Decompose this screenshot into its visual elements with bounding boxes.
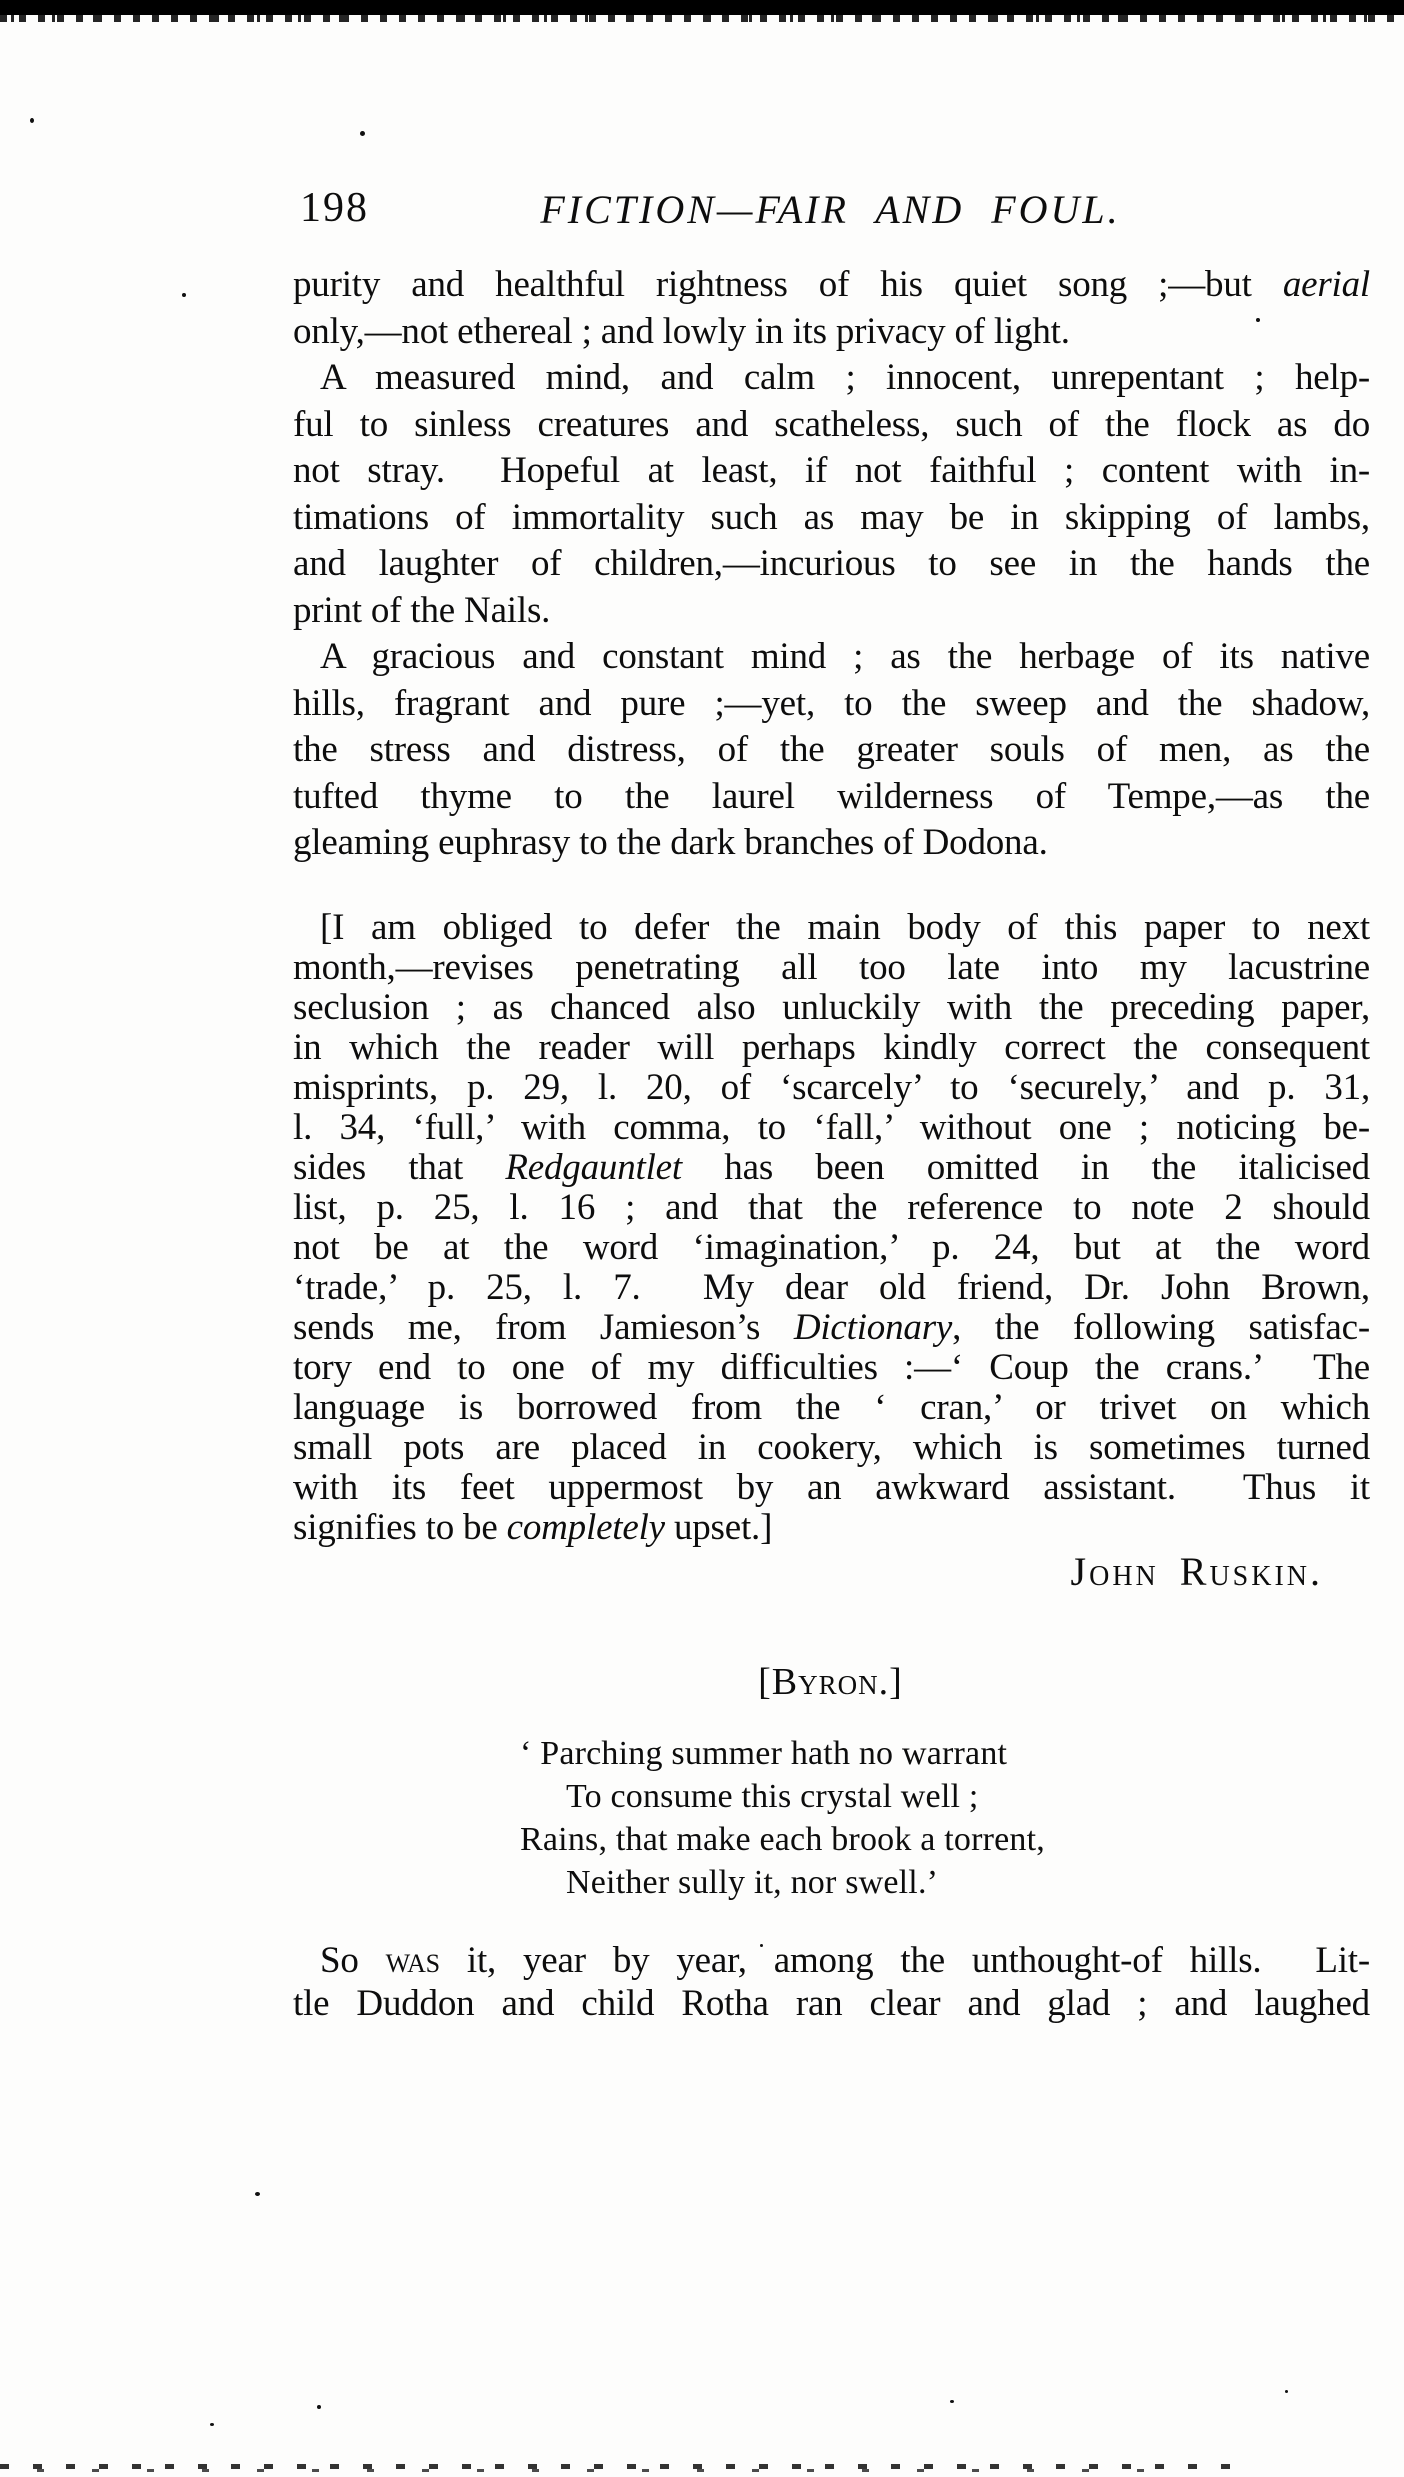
text-line: print of the Nails.: [293, 588, 1370, 635]
scan-artifact-bottom-line-2: [20, 2469, 1180, 2472]
text-line: month,—revises penetrating all too late …: [293, 948, 1370, 988]
text-line: purity and healthful rightness of his qu…: [293, 262, 1370, 309]
scan-speck: [255, 2192, 260, 2196]
scan-speck: [360, 131, 365, 136]
text-line: sides that Redgauntlet has been omitted …: [293, 1148, 1370, 1188]
text-line: A gracious and constant mind ; as the he…: [293, 634, 1370, 681]
text-line: l. 34, ‘full,’ with comma, to ‘fall,’ wi…: [293, 1108, 1370, 1148]
text-line: misprints, p. 29, l. 20, of ‘scarcely’ t…: [293, 1068, 1370, 1108]
scan-speck: [30, 118, 34, 123]
text-line: hills, fragrant and pure ;—yet, to the s…: [293, 681, 1370, 728]
text-line: tle Duddon and child Rotha ran clear and…: [293, 1982, 1370, 2025]
scan-speck: [760, 1944, 763, 1947]
text-line: with its feet uppermost by an awkward as…: [293, 1468, 1370, 1508]
scan-speck: [317, 2405, 321, 2409]
book-page: 198 FICTION—FAIR AND FOUL. purity and he…: [0, 0, 1404, 2477]
text-line: sends me, from Jamieson’s Dictionary, th…: [293, 1308, 1370, 1348]
text-line: To consume this crystal well ;: [520, 1775, 1045, 1818]
text-line: list, p. 25, l. 16 ; and that the refere…: [293, 1188, 1370, 1228]
scan-speck: [210, 2423, 214, 2426]
text-line: A measured mind, and calm ; innocent, un…: [293, 355, 1370, 402]
scan-artifact-top-bar-fray: [0, 15, 1404, 22]
text-line: signifies to be completely upset.]: [293, 1508, 1370, 1548]
text-line: small pots are placed in cookery, which …: [293, 1428, 1370, 1468]
text-line: and laughter of children,—incurious to s…: [293, 541, 1370, 588]
text-line: So was it, year by year, among the untho…: [293, 1939, 1370, 1982]
text-line: language is borrowed from the ‘ cran,’ o…: [293, 1388, 1370, 1428]
text-line: only,—not ethereal ; and lowly in its pr…: [293, 309, 1370, 356]
scan-speck: [182, 293, 186, 297]
text-line: gleaming euphrasy to the dark branches o…: [293, 820, 1370, 867]
section-heading-byron: [Byron.]: [293, 1660, 1368, 1704]
text-line: in which the reader will perhaps kindly …: [293, 1028, 1370, 1068]
author-signature: John Ruskin.: [293, 1548, 1323, 1595]
scan-speck: [1285, 2390, 1288, 2393]
text-line: not stray. Hopeful at least, if not fait…: [293, 448, 1370, 495]
poem-quotation: ‘ Parching summer hath no warrantTo cons…: [520, 1732, 1045, 1904]
scan-speck: [1256, 318, 1260, 322]
text-line: seclusion ; as chanced also unluckily wi…: [293, 988, 1370, 1028]
paragraph-final: So was it, year by year, among the untho…: [293, 1939, 1370, 2025]
text-line: not be at the word ‘imagination,’ p. 24,…: [293, 1228, 1370, 1268]
scan-artifact-top-bar: [0, 0, 1404, 15]
text-line: [I am obliged to defer the main body of …: [293, 908, 1370, 948]
text-line: the stress and distress, of the greater …: [293, 727, 1370, 774]
running-title: FICTION—FAIR AND FOUL.: [293, 186, 1368, 233]
text-line: ful to sinless creatures and scatheless,…: [293, 402, 1370, 449]
paragraphs-upper: purity and healthful rightness of his qu…: [293, 262, 1370, 867]
text-line: tufted thyme to the laurel wilderness of…: [293, 774, 1370, 821]
text-line: ‘trade,’ p. 25, l. 7. My dear old friend…: [293, 1268, 1370, 1308]
scan-speck: [950, 2400, 954, 2403]
text-line: Neither sully it, nor swell.’: [520, 1861, 1045, 1904]
text-line: tory end to one of my difficulties :—‘ C…: [293, 1348, 1370, 1388]
text-line: ‘ Parching summer hath no warrant: [520, 1732, 1045, 1775]
text-line: timations of immortality such as may be …: [293, 495, 1370, 542]
text-line: Rains, that make each brook a torrent,: [520, 1818, 1045, 1861]
bracketed-editorial-note: [I am obliged to defer the main body of …: [293, 908, 1370, 1548]
